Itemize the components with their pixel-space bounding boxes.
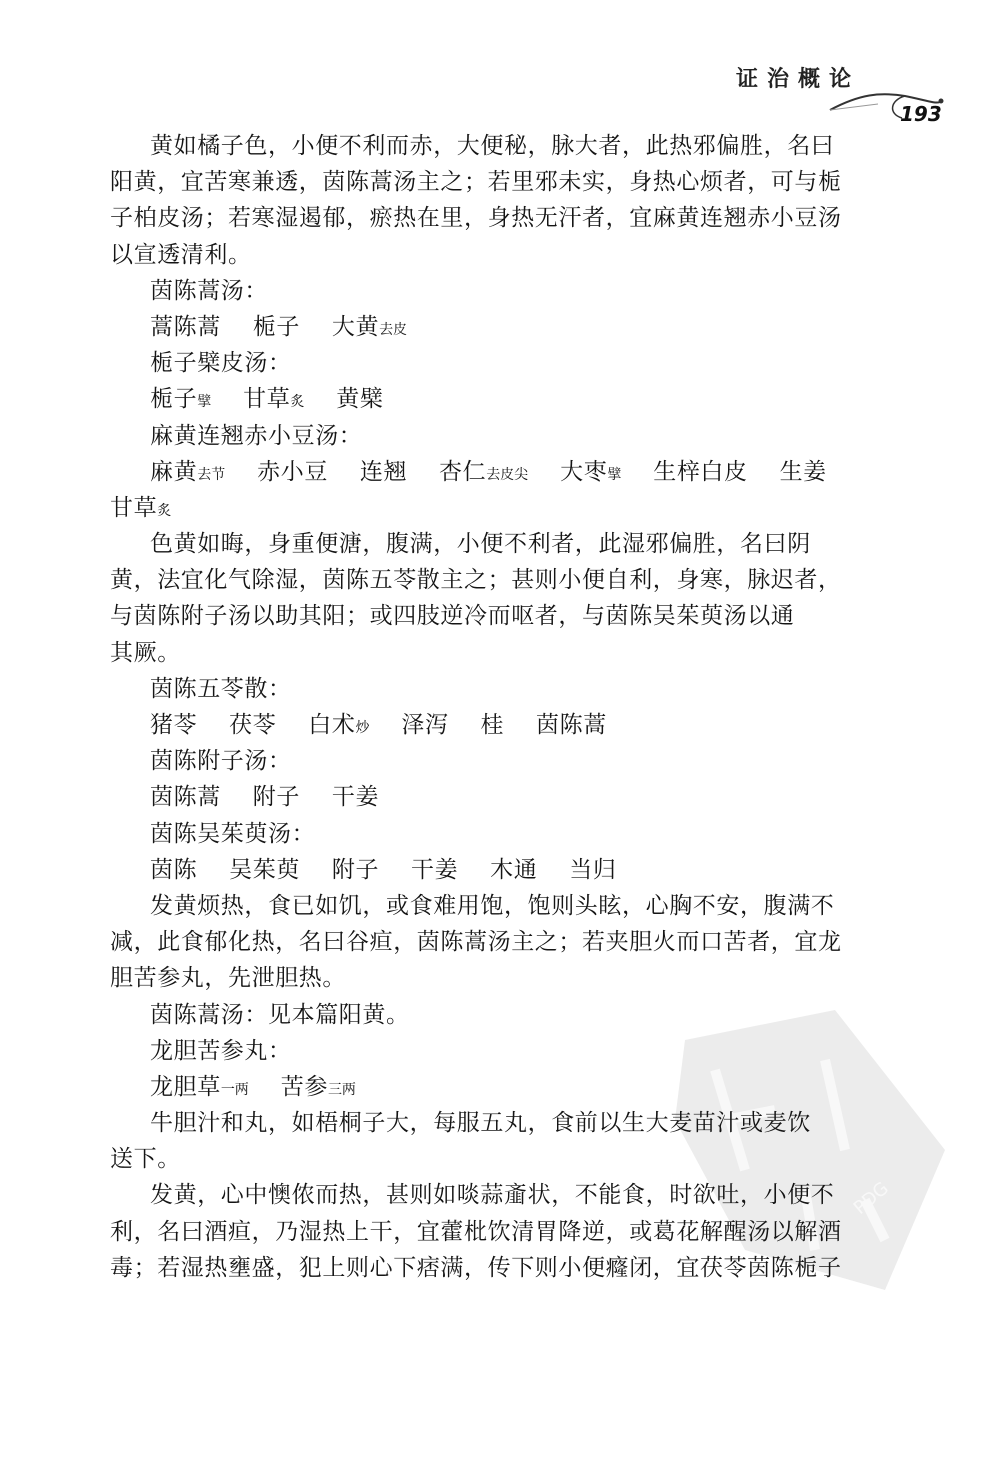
herb: 桂 (481, 712, 505, 738)
formula-title: 茵陈吴茱萸汤： (110, 816, 874, 852)
formula-herbs: 龙胆草一两 苦参三两 (110, 1069, 874, 1105)
herb: 栀子 (253, 314, 300, 340)
paragraph-line: 发黄烦热，食已如饥，或食难用饱，饱则头眩，心胸不安，腹满不 (110, 888, 874, 924)
herb-note: 一两 (221, 1082, 249, 1098)
herb-note: 去皮 (379, 322, 407, 338)
herb: 大黄 (332, 314, 379, 340)
formula-title: 栀子檗皮汤： (110, 345, 874, 381)
formula-herbs: 猪苓 茯苓 白术炒 泽泻 桂 茵陈蒿 (110, 707, 874, 743)
paragraph-line: 减，此食郁化热，名曰谷疸，茵陈蒿汤主之；若夹胆火而口苦者，宜龙 (110, 924, 874, 960)
paragraph-line: 黄，法宜化气除湿，茵陈五苓散主之；甚则小便自利，身寒，脉迟者， (110, 562, 874, 598)
formula-herbs-cont: 甘草炙 (110, 490, 874, 526)
herb-note: 去皮尖 (486, 467, 528, 483)
herb: 龙胆草 (150, 1074, 221, 1100)
paragraph-line: 与茵陈附子汤以助其阳；或四肢逆冷而呕者，与茵陈吴茱萸汤以通 (110, 598, 874, 634)
herb: 泽泻 (401, 712, 448, 738)
formula-title: 麻黄连翘赤小豆汤： (110, 418, 874, 454)
page-body: 黄如橘子色，小便不利而赤，大便秘，脉大者，此热邪偏胜，名曰 阳黄，宜苦寒兼透，茵… (110, 128, 874, 1286)
paragraph-line: 毒；若湿热壅盛，犯上则心下痞满，传下则小便癃闭，宜茯苓茵陈栀子 (110, 1250, 874, 1286)
paragraph-line: 其厥。 (110, 635, 874, 671)
paragraph-line: 黄如橘子色，小便不利而赤，大便秘，脉大者，此热邪偏胜，名曰 (110, 128, 874, 164)
paragraph-line: 胆苦参丸，先泄胆热。 (110, 960, 874, 996)
herb-note: 炒 (355, 720, 369, 736)
herb: 茵陈蒿 (150, 784, 221, 810)
herb-note: 去节 (197, 467, 225, 483)
herb: 当归 (569, 857, 616, 883)
herb: 麻黄 (150, 459, 197, 485)
formula-reference: 茵陈蒿汤：见本篇阳黄。 (110, 997, 874, 1033)
formula-herbs: 茵陈蒿 附子 干姜 (110, 779, 874, 815)
herb: 杏仁 (439, 459, 486, 485)
formula-herbs: 麻黄去节 赤小豆 连翘 杏仁去皮尖 大枣擘 生梓白皮 生姜 (110, 454, 874, 490)
herb: 生姜 (780, 459, 827, 485)
herb: 栀子 (150, 386, 197, 412)
paragraph-line: 色黄如晦，身重便溏，腹满，小便不利者，此湿邪偏胜，名曰阴 (110, 526, 874, 562)
formula-title: 龙胆苦参丸： (110, 1033, 874, 1069)
formula-title: 茵陈附子汤： (110, 743, 874, 779)
paragraph-line: 以宣透清利。 (110, 237, 874, 273)
paragraph-line: 子柏皮汤；若寒湿遏郁，瘀热在里，身热无汗者，宜麻黄连翘赤小豆汤 (110, 200, 874, 236)
herb: 黄檗 (336, 386, 383, 412)
herb: 茵陈 (150, 857, 197, 883)
formula-title: 茵陈五苓散： (110, 671, 874, 707)
herb: 吴茱萸 (229, 857, 300, 883)
herb: 附子 (253, 784, 300, 810)
formula-herbs: 茵陈 吴茱萸 附子 干姜 木通 当归 (110, 852, 874, 888)
herb-note: 擘 (607, 467, 621, 483)
paragraph-line: 牛胆汁和丸，如梧桐子大，每服五丸，食前以生大麦苗汁或麦饮 (110, 1105, 874, 1141)
formula-title: 茵陈蒿汤： (110, 273, 874, 309)
herb: 白术 (308, 712, 355, 738)
formula-herbs: 蒿陈蒿 栀子 大黄去皮 (110, 309, 874, 345)
herb: 木通 (490, 857, 537, 883)
herb: 茵陈蒿 (536, 712, 607, 738)
herb: 大枣 (560, 459, 607, 485)
herb-note: 擘 (197, 394, 211, 410)
herb: 苦参 (281, 1074, 328, 1100)
page-number: 193 (900, 102, 942, 126)
herb: 茯苓 (229, 712, 276, 738)
paragraph-line: 利，名曰酒疸，乃湿热上干，宜藿枇饮清胃降逆，或葛花解醒汤以解酒 (110, 1214, 874, 1250)
paragraph-line: 阳黄，宜苦寒兼透，茵陈蒿汤主之；若里邪未实，身热心烦者，可与栀 (110, 164, 874, 200)
herb: 甘草 (243, 386, 290, 412)
section-title: 证治概论 (736, 62, 860, 93)
herb: 干姜 (332, 784, 379, 810)
formula-herbs: 栀子擘 甘草炙 黄檗 (110, 381, 874, 417)
herb-note: 炙 (157, 503, 171, 519)
herb: 附子 (332, 857, 379, 883)
herb: 干姜 (411, 857, 458, 883)
herb: 生梓白皮 (653, 459, 747, 485)
running-header: 证治概论 193 (730, 62, 970, 132)
paragraph-line: 发黄，心中懊侬而热，甚则如啖蒜齑状，不能食，时欲吐，小便不 (110, 1177, 874, 1213)
herb-note: 炙 (290, 394, 304, 410)
herb-note: 三两 (328, 1082, 356, 1098)
herb: 甘草 (110, 495, 157, 521)
herb: 连翘 (360, 459, 407, 485)
paragraph-line: 送下。 (110, 1141, 874, 1177)
herb: 赤小豆 (257, 459, 328, 485)
herb: 猪苓 (150, 712, 197, 738)
herb: 蒿陈蒿 (150, 314, 221, 340)
